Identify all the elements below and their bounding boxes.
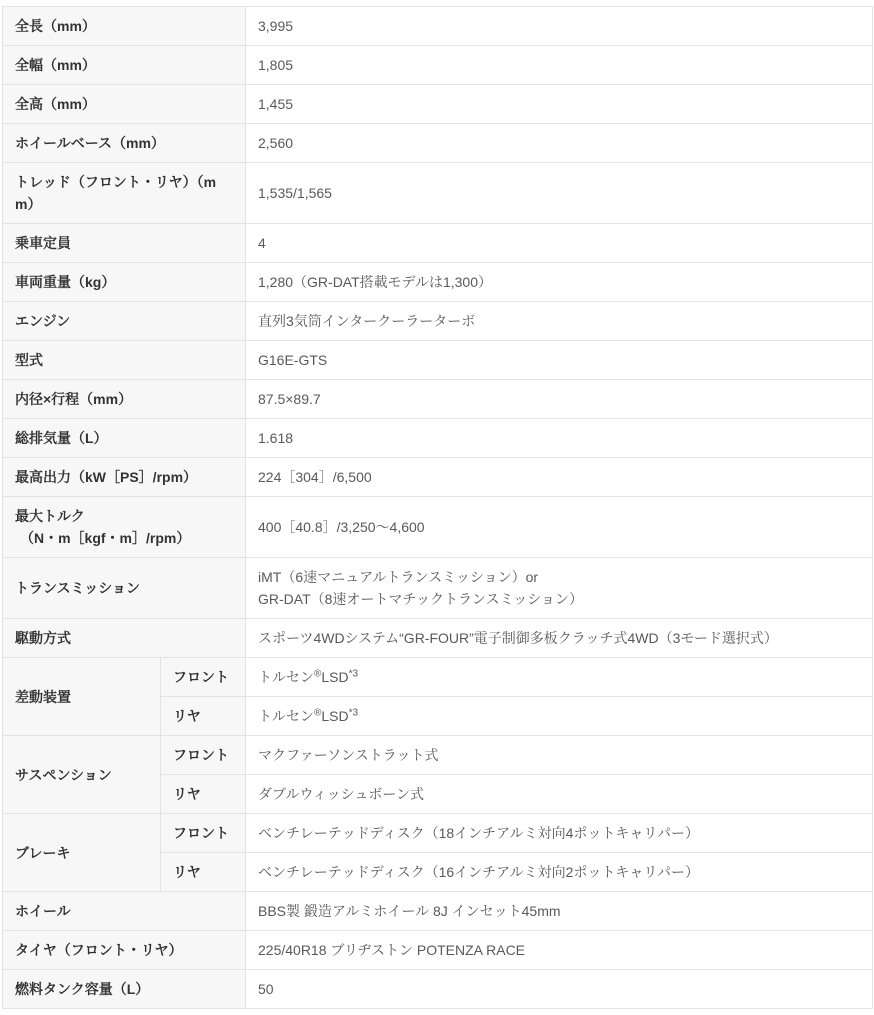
spec-sublabel-front: フロント — [161, 658, 246, 697]
table-row: トレッド（フロント・リヤ）（mm） 1,535/1,565 — [3, 163, 873, 224]
spec-value: トルセン®LSD*3 — [246, 658, 873, 697]
value-text: トルセン — [258, 669, 314, 685]
spec-value: 225/40R18 ブリヂストン POTENZA RACE — [246, 931, 873, 970]
spec-value: iMT（6速マニュアルトランスミッション）or GR-DAT（8速オートマチック… — [246, 558, 873, 619]
spec-label: ホイール — [3, 892, 246, 931]
spec-value: 3,995 — [246, 7, 873, 46]
spec-label: 型式 — [3, 341, 246, 380]
spec-value: 1.618 — [246, 419, 873, 458]
table-row: 最高出力（kW［PS］/rpm） 224［304］/6,500 — [3, 458, 873, 497]
table-row: 全高（mm） 1,455 — [3, 85, 873, 124]
spec-value: G16E-GTS — [246, 341, 873, 380]
spec-label: 駆動方式 — [3, 619, 246, 658]
table-row: 型式 G16E-GTS — [3, 341, 873, 380]
spec-label: 全長（mm） — [3, 7, 246, 46]
spec-sublabel-rear: リヤ — [161, 775, 246, 814]
spec-label: エンジン — [3, 302, 246, 341]
spec-sublabel-rear: リヤ — [161, 853, 246, 892]
spec-value: 1,455 — [246, 85, 873, 124]
spec-value: 400［40.8］/3,250～4,600 — [246, 497, 873, 558]
table-row: 内径×行程（mm） 87.5×89.7 — [3, 380, 873, 419]
value-text: LSD — [321, 708, 348, 724]
table-row: 総排気量（L） 1.618 — [3, 419, 873, 458]
spec-value: 1,280（GR-DAT搭載モデルは1,300） — [246, 263, 873, 302]
table-row: 差動装置 フロント トルセン®LSD*3 — [3, 658, 873, 697]
spec-sublabel-front: フロント — [161, 736, 246, 775]
spec-value: トルセン®LSD*3 — [246, 697, 873, 736]
spec-group-label: 差動装置 — [3, 658, 161, 736]
spec-label: ホイールベース（mm） — [3, 124, 246, 163]
spec-value: マクファーソンストラット式 — [246, 736, 873, 775]
spec-label: タイヤ（フロント・リヤ） — [3, 931, 246, 970]
table-row: 車両重量（kg） 1,280（GR-DAT搭載モデルは1,300） — [3, 263, 873, 302]
footnote-mark: *3 — [349, 668, 358, 679]
table-row: 燃料タンク容量（L） 50 — [3, 970, 873, 1009]
table-row: 駆動方式 スポーツ4WDシステム“GR-FOUR”電子制御多板クラッチ式4WD（… — [3, 619, 873, 658]
table-row: トランスミッション iMT（6速マニュアルトランスミッション）or GR-DAT… — [3, 558, 873, 619]
table-row: 最大トルク （N・m［kgf・m］/rpm） 400［40.8］/3,250～4… — [3, 497, 873, 558]
spec-value-line1: iMT（6速マニュアルトランスミッション）or — [258, 566, 860, 588]
value-text: LSD — [321, 669, 348, 685]
spec-label: 内径×行程（mm） — [3, 380, 246, 419]
spec-label: 燃料タンク容量（L） — [3, 970, 246, 1009]
spec-label-line2: （N・m［kgf・m］/rpm） — [15, 527, 233, 549]
spec-group-label: ブレーキ — [3, 814, 161, 892]
spec-value: 直列3気筒インタークーラーターボ — [246, 302, 873, 341]
spec-value: 224［304］/6,500 — [246, 458, 873, 497]
spec-sublabel-front: フロント — [161, 814, 246, 853]
table-row: タイヤ（フロント・リヤ） 225/40R18 ブリヂストン POTENZA RA… — [3, 931, 873, 970]
spec-label: 最大トルク （N・m［kgf・m］/rpm） — [3, 497, 246, 558]
spec-value: 1,535/1,565 — [246, 163, 873, 224]
spec-value: 50 — [246, 970, 873, 1009]
spec-value: ダブルウィッシュボーン式 — [246, 775, 873, 814]
table-row: ブレーキ フロント ベンチレーテッドディスク（18インチアルミ対向4ポットキャリ… — [3, 814, 873, 853]
spec-value: 4 — [246, 224, 873, 263]
table-row: エンジン 直列3気筒インタークーラーターボ — [3, 302, 873, 341]
table-row: 乗車定員 4 — [3, 224, 873, 263]
table-row: ホイールベース（mm） 2,560 — [3, 124, 873, 163]
spec-group-label: サスペンション — [3, 736, 161, 814]
spec-label: 車両重量（kg） — [3, 263, 246, 302]
spec-label-line1: 最大トルク — [15, 505, 233, 527]
spec-table: 全長（mm） 3,995 全幅（mm） 1,805 全高（mm） 1,455 ホ… — [2, 6, 873, 1009]
spec-value: 2,560 — [246, 124, 873, 163]
spec-value: 1,805 — [246, 46, 873, 85]
spec-label: トランスミッション — [3, 558, 246, 619]
spec-label: トレッド（フロント・リヤ）（mm） — [3, 163, 246, 224]
spec-value: スポーツ4WDシステム“GR-FOUR”電子制御多板クラッチ式4WD（3モード選… — [246, 619, 873, 658]
spec-label: 全高（mm） — [3, 85, 246, 124]
spec-label: 乗車定員 — [3, 224, 246, 263]
spec-value: ベンチレーテッドディスク（16インチアルミ対向2ポットキャリパー） — [246, 853, 873, 892]
table-row: ホイール BBS製 鍛造アルミホイール 8J インセット45mm — [3, 892, 873, 931]
spec-label: 全幅（mm） — [3, 46, 246, 85]
spec-sublabel-rear: リヤ — [161, 697, 246, 736]
spec-value: 87.5×89.7 — [246, 380, 873, 419]
table-row: サスペンション フロント マクファーソンストラット式 — [3, 736, 873, 775]
table-row: 全幅（mm） 1,805 — [3, 46, 873, 85]
spec-label: 総排気量（L） — [3, 419, 246, 458]
footnote-mark: *3 — [349, 707, 358, 718]
spec-value-line2: GR-DAT（8速オートマチックトランスミッション） — [258, 588, 860, 610]
value-text: トルセン — [258, 708, 314, 724]
page-container: 全長（mm） 3,995 全幅（mm） 1,805 全高（mm） 1,455 ホ… — [0, 0, 874, 1015]
spec-label: 最高出力（kW［PS］/rpm） — [3, 458, 246, 497]
spec-value: ベンチレーテッドディスク（18インチアルミ対向4ポットキャリパー） — [246, 814, 873, 853]
spec-value: BBS製 鍛造アルミホイール 8J インセット45mm — [246, 892, 873, 931]
table-row: 全長（mm） 3,995 — [3, 7, 873, 46]
